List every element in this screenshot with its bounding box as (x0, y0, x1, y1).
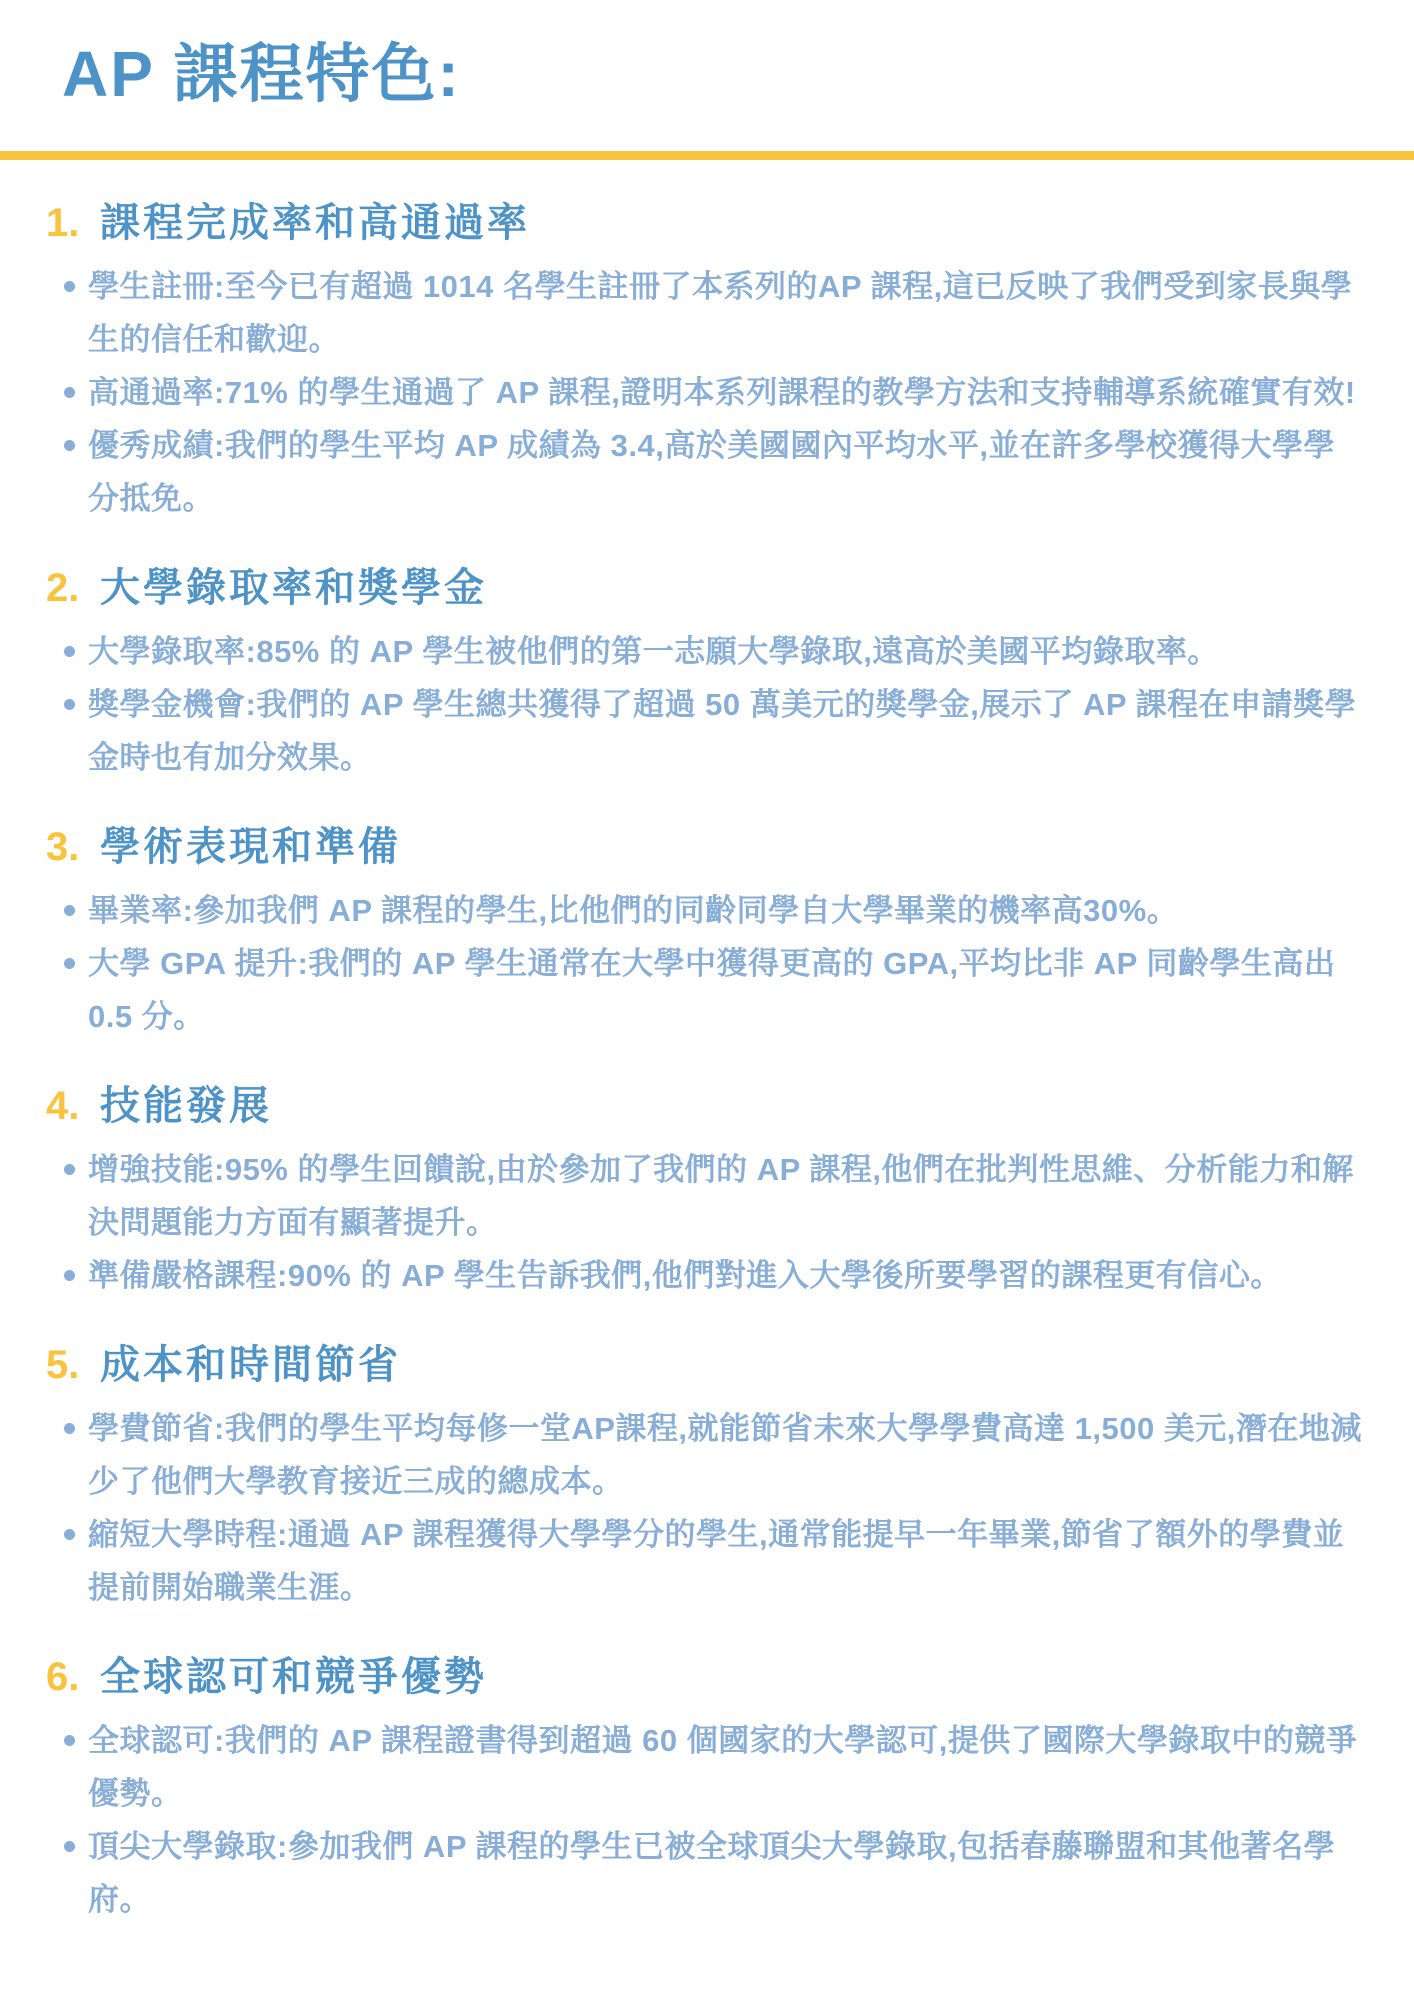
bullet-dot-icon (64, 699, 75, 710)
bullet-text: 學生註冊:至今已有超過 1014 名學生註冊了本系列的AP 課程,這已反映了我們… (88, 269, 1352, 357)
section-heading: 全球認可和競爭優勢 (100, 1652, 487, 1702)
bullet-dot-icon (64, 440, 75, 451)
bullet-text: 大學 GPA 提升:我們的 AP 學生通常在大學中獲得更高的 GPA,平均比非 … (88, 946, 1335, 1034)
bullet-text: 大學錄取率:85% 的 AP 學生被他們的第一志願大學錄取,遠高於美國平均錄取率… (88, 634, 1219, 669)
section-number: 2. (46, 563, 100, 613)
section-3: 3. 學術表現和準備 畢業率:參加我們 AP 課程的學生,比他們的同齡同學自大學… (0, 822, 1414, 1043)
section-heading-row: 6. 全球認可和競爭優勢 (46, 1652, 1366, 1702)
bullet-dot-icon (64, 905, 75, 916)
title-divider (0, 151, 1414, 160)
bullet-item: 縮短大學時程:通過 AP 課程獲得大學學分的學生,通常能提早一年畢業,節省了額外… (0, 1508, 1414, 1614)
bullet-item: 準備嚴格課程:90% 的 AP 學生告訴我們,他們對進入大學後所要學習的課程更有… (0, 1249, 1414, 1302)
bullet-text: 準備嚴格課程:90% 的 AP 學生告訴我們,他們對進入大學後所要學習的課程更有… (88, 1258, 1282, 1293)
bullet-item: 頂尖大學錄取:參加我們 AP 課程的學生已被全球頂尖大學錄取,包括春藤聯盟和其他… (0, 1820, 1414, 1926)
section-4: 4. 技能發展 增強技能:95% 的學生回饋說,由於參加了我們的 AP 課程,他… (0, 1081, 1414, 1302)
bullet-item: 學生註冊:至今已有超過 1014 名學生註冊了本系列的AP 課程,這已反映了我們… (0, 260, 1414, 366)
document-page: AP 課程特色: 1. 課程完成率和高通過率 學生註冊:至今已有超過 1014 … (0, 36, 1414, 1926)
section-number: 1. (46, 198, 100, 248)
bullet-text: 高通過率:71% 的學生通過了 AP 課程,證明本系列課程的教學方法和支持輔導系… (88, 375, 1356, 410)
bullet-dot-icon (64, 1164, 75, 1175)
page-title: AP 課程特色: (62, 36, 1414, 113)
bullet-text: 優秀成績:我們的學生平均 AP 成績為 3.4,高於美國國內平均水平,並在許多學… (88, 428, 1335, 516)
section-heading: 學術表現和準備 (100, 822, 401, 872)
bullet-dot-icon (64, 1423, 75, 1434)
bullet-dot-icon (64, 1270, 75, 1281)
section-number: 6. (46, 1652, 100, 1702)
bullet-dot-icon (64, 1841, 75, 1852)
bullet-dot-icon (64, 1529, 75, 1540)
bullet-list: 全球認可:我們的 AP 課程證書得到超過 60 個國家的大學認可,提供了國際大學… (0, 1714, 1414, 1926)
section-heading: 技能發展 (100, 1081, 272, 1131)
section-heading-row: 3. 學術表現和準備 (46, 822, 1366, 872)
section-6: 6. 全球認可和競爭優勢 全球認可:我們的 AP 課程證書得到超過 60 個國家… (0, 1652, 1414, 1926)
bullet-text: 畢業率:參加我們 AP 課程的學生,比他們的同齡同學自大學畢業的機率高30%。 (88, 893, 1178, 928)
bullet-text: 全球認可:我們的 AP 課程證書得到超過 60 個國家的大學認可,提供了國際大學… (88, 1723, 1357, 1811)
section-2: 2. 大學錄取率和獎學金 大學錄取率:85% 的 AP 學生被他們的第一志願大學… (0, 563, 1414, 784)
bullet-text: 獎學金機會:我們的 AP 學生總共獲得了超過 50 萬美元的獎學金,展示了 AP… (88, 687, 1356, 775)
section-heading: 成本和時間節省 (100, 1340, 401, 1390)
bullet-item: 優秀成績:我們的學生平均 AP 成績為 3.4,高於美國國內平均水平,並在許多學… (0, 419, 1414, 525)
bullet-item: 大學 GPA 提升:我們的 AP 學生通常在大學中獲得更高的 GPA,平均比非 … (0, 937, 1414, 1043)
section-number: 3. (46, 822, 100, 872)
bullet-item: 獎學金機會:我們的 AP 學生總共獲得了超過 50 萬美元的獎學金,展示了 AP… (0, 678, 1414, 784)
bullet-text: 增強技能:95% 的學生回饋說,由於參加了我們的 AP 課程,他們在批判性思維、… (88, 1152, 1354, 1240)
section-heading-row: 1. 課程完成率和高通過率 (46, 198, 1366, 248)
bullet-list: 學生註冊:至今已有超過 1014 名學生註冊了本系列的AP 課程,這已反映了我們… (0, 260, 1414, 525)
section-heading-row: 4. 技能發展 (46, 1081, 1366, 1131)
bullet-text: 頂尖大學錄取:參加我們 AP 課程的學生已被全球頂尖大學錄取,包括春藤聯盟和其他… (88, 1829, 1335, 1917)
bullet-dot-icon (64, 958, 75, 969)
bullet-dot-icon (64, 1735, 75, 1746)
bullet-dot-icon (64, 646, 75, 657)
bullet-item: 全球認可:我們的 AP 課程證書得到超過 60 個國家的大學認可,提供了國際大學… (0, 1714, 1414, 1820)
bullet-item: 大學錄取率:85% 的 AP 學生被他們的第一志願大學錄取,遠高於美國平均錄取率… (0, 625, 1414, 678)
section-number: 4. (46, 1081, 100, 1131)
bullet-item: 畢業率:參加我們 AP 課程的學生,比他們的同齡同學自大學畢業的機率高30%。 (0, 884, 1414, 937)
bullet-list: 大學錄取率:85% 的 AP 學生被他們的第一志願大學錄取,遠高於美國平均錄取率… (0, 625, 1414, 784)
section-5: 5. 成本和時間節省 學費節省:我們的學生平均每修一堂AP課程,就能節省未來大學… (0, 1340, 1414, 1614)
section-heading: 課程完成率和高通過率 (100, 198, 530, 248)
section-number: 5. (46, 1340, 100, 1390)
bullet-item: 高通過率:71% 的學生通過了 AP 課程,證明本系列課程的教學方法和支持輔導系… (0, 366, 1414, 419)
bullet-item: 增強技能:95% 的學生回饋說,由於參加了我們的 AP 課程,他們在批判性思維、… (0, 1143, 1414, 1249)
bullet-list: 學費節省:我們的學生平均每修一堂AP課程,就能節省未來大學學費高達 1,500 … (0, 1402, 1414, 1614)
section-heading: 大學錄取率和獎學金 (100, 563, 487, 613)
section-heading-row: 2. 大學錄取率和獎學金 (46, 563, 1366, 613)
bullet-list: 增強技能:95% 的學生回饋說,由於參加了我們的 AP 課程,他們在批判性思維、… (0, 1143, 1414, 1302)
bullet-item: 學費節省:我們的學生平均每修一堂AP課程,就能節省未來大學學費高達 1,500 … (0, 1402, 1414, 1508)
bullet-dot-icon (64, 387, 75, 398)
section-1: 1. 課程完成率和高通過率 學生註冊:至今已有超過 1014 名學生註冊了本系列… (0, 198, 1414, 525)
bullet-dot-icon (64, 281, 75, 292)
section-heading-row: 5. 成本和時間節省 (46, 1340, 1366, 1390)
bullet-text: 學費節省:我們的學生平均每修一堂AP課程,就能節省未來大學學費高達 1,500 … (88, 1411, 1362, 1499)
bullet-list: 畢業率:參加我們 AP 課程的學生,比他們的同齡同學自大學畢業的機率高30%。 … (0, 884, 1414, 1043)
bullet-text: 縮短大學時程:通過 AP 課程獲得大學學分的學生,通常能提早一年畢業,節省了額外… (88, 1517, 1344, 1605)
